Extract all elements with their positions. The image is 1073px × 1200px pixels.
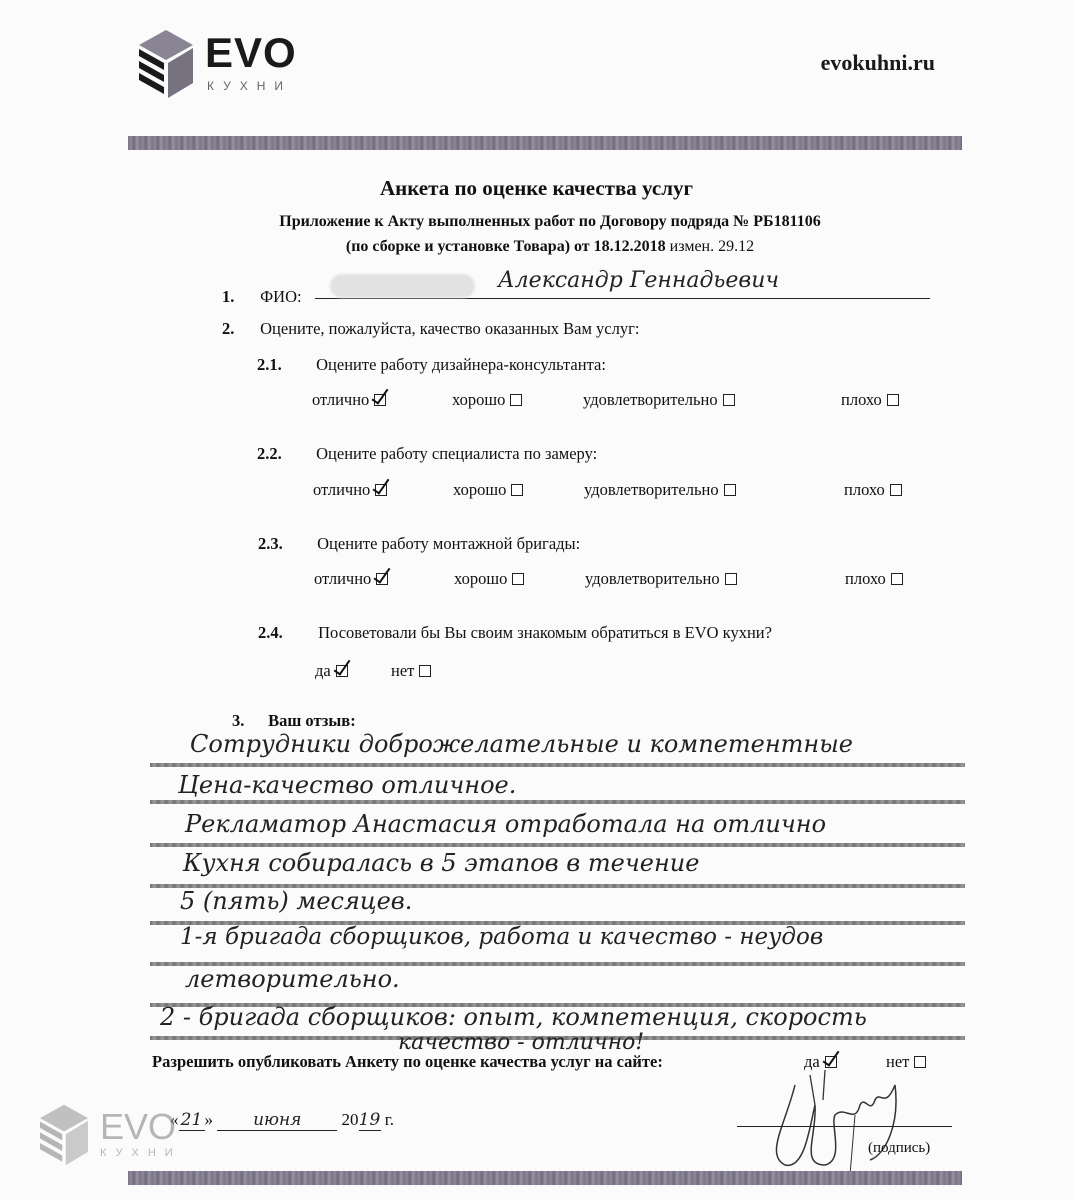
q2-2-option-bad[interactable]: плохо: [844, 480, 902, 500]
review-line: 5 (пять) месяцев.: [180, 887, 412, 915]
q2-2-option-good[interactable]: хорошо: [453, 480, 584, 500]
logo-brand: EVO: [205, 32, 297, 74]
review-line: Рекламатор Анастасия отработала на отлич…: [185, 810, 826, 838]
q1-fio: 1. ФИО:: [222, 287, 302, 307]
q2-3-option-satisfactory[interactable]: удовлетворительно: [585, 569, 845, 589]
review-rule: [150, 763, 965, 767]
redacted-surname: [330, 274, 475, 298]
checkbox-checked-icon[interactable]: [375, 484, 387, 496]
watermark-logo: EVO КУХНИ: [35, 1103, 205, 1163]
publish-label: Разрешить опубликовать Анкету по оценке …: [152, 1052, 792, 1072]
signature-label: (подпись): [868, 1140, 930, 1157]
date-year[interactable]: 19: [359, 1110, 381, 1131]
recommend-no[interactable]: нет: [391, 661, 431, 681]
q2-1-option-satisfactory[interactable]: удовлетворительно: [583, 390, 841, 410]
review-line: летворительно.: [185, 965, 400, 993]
fio-field-line[interactable]: [315, 298, 930, 299]
review-rule: [150, 843, 965, 847]
q2-number: 2.: [222, 319, 256, 339]
q1-label: ФИО:: [260, 287, 301, 306]
q2-2-option-satisfactory[interactable]: удовлетворительно: [584, 480, 844, 500]
q3-heading: 3. Ваш отзыв:: [232, 711, 356, 731]
checkbox-icon[interactable]: [887, 394, 899, 406]
q2-3-option-bad[interactable]: плохо: [845, 569, 903, 589]
footer-divider: [128, 1171, 962, 1185]
recommend-yes[interactable]: да: [315, 661, 391, 681]
cube-logo-icon: [135, 28, 197, 100]
document-title: Анкета по оценке качества услуг: [0, 176, 1073, 201]
q2-1-option-excellent[interactable]: отлично: [312, 390, 452, 410]
q2-3-option-excellent[interactable]: отлично: [314, 569, 454, 589]
checkbox-icon[interactable]: [419, 665, 431, 677]
q2-1-options: отлично хорошо удовлетворительно плохо: [312, 390, 899, 410]
q2-heading: 2. Оцените, пожалуйста, качество оказанн…: [222, 319, 639, 339]
q2-1-heading: 2.1. Оцените работу дизайнера-консультан…: [257, 355, 606, 375]
q2-3-options: отлично хорошо удовлетворительно плохо: [314, 569, 903, 589]
evo-logo: EVO КУХНИ: [135, 28, 335, 98]
checkbox-icon[interactable]: [511, 484, 523, 496]
subtitle-date: (по сборке и установке Товара) от 18.12.…: [346, 238, 666, 255]
q2-2-option-excellent[interactable]: отлично: [313, 480, 453, 500]
q2-1-option-bad[interactable]: плохо: [841, 390, 899, 410]
checkbox-icon[interactable]: [891, 573, 903, 585]
review-line: Сотрудники доброжелательные и компетентн…: [190, 730, 853, 758]
review-line: Цена-качество отличное.: [178, 771, 516, 799]
fio-value: Александр Геннадьевич: [498, 268, 779, 293]
checkbox-icon[interactable]: [510, 394, 522, 406]
watermark-cube-icon: [35, 1103, 93, 1167]
document-subtitle-2: (по сборке и установке Товара) от 18.12.…: [0, 238, 1073, 256]
checkbox-icon[interactable]: [723, 394, 735, 406]
review-line: 1-я бригада сборщиков, работа и качество…: [180, 924, 823, 950]
document-subtitle: Приложение к Акту выполненных работ по Д…: [0, 213, 1073, 231]
header-divider: [128, 136, 962, 150]
review-line: 2 - бригада сборщиков: опыт, компетенция…: [160, 1003, 867, 1031]
q1-number: 1.: [222, 287, 256, 307]
website-link[interactable]: evokuhni.ru: [821, 50, 935, 76]
checkbox-icon[interactable]: [890, 484, 902, 496]
checkbox-checked-icon[interactable]: [374, 394, 386, 406]
subtitle-revision: измен. 29.12: [670, 238, 754, 255]
q2-4-options: да нет: [315, 661, 431, 681]
q2-label: Оцените, пожалуйста, качество оказанных …: [260, 319, 639, 338]
review-line: Кухня собиралась в 5 этапов в течение: [183, 849, 699, 877]
signature-icon: [755, 1065, 925, 1175]
checkbox-checked-icon[interactable]: [336, 665, 348, 677]
checkbox-icon[interactable]: [725, 573, 737, 585]
signature-line[interactable]: [737, 1126, 952, 1127]
q2-2-options: отлично хорошо удовлетворительно плохо: [313, 480, 902, 500]
date-month[interactable]: июня: [217, 1110, 337, 1131]
q2-3-heading: 2.3. Оцените работу монтажной бригады:: [258, 534, 580, 554]
q2-3-option-good[interactable]: хорошо: [454, 569, 585, 589]
q2-1-option-good[interactable]: хорошо: [452, 390, 583, 410]
logo-subtitle: КУХНИ: [207, 80, 292, 92]
q2-2-heading: 2.2. Оцените работу специалиста по замер…: [257, 444, 597, 464]
review-rule: [150, 800, 965, 804]
checkbox-checked-icon[interactable]: [376, 573, 388, 585]
q2-4-heading: 2.4. Посоветовали бы Вы своим знакомым о…: [258, 623, 772, 643]
checkbox-icon[interactable]: [512, 573, 524, 585]
checkbox-icon[interactable]: [724, 484, 736, 496]
